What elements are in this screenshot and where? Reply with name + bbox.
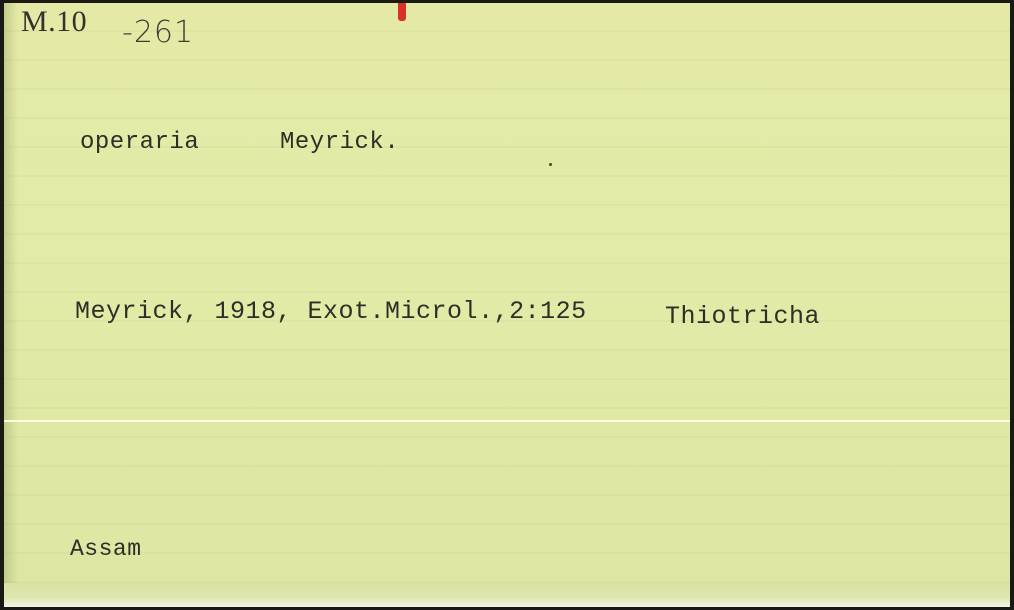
index-card: M.10 -261 operaria Meyrick. Meyrick, 191…	[4, 3, 1010, 607]
catalog-number: -261	[122, 15, 194, 50]
red-tab-marker	[398, 3, 406, 21]
ink-dot	[549, 163, 552, 166]
card-bottom-edge	[4, 583, 1010, 607]
card-crease	[4, 420, 1010, 422]
genus-name: Thiotricha	[665, 302, 820, 331]
species-author: Meyrick.	[280, 129, 399, 156]
species-name: operaria	[80, 129, 199, 156]
catalog-prefix: M.10	[21, 5, 87, 39]
locality: Assam	[70, 536, 142, 562]
citation: Meyrick, 1918, Exot.Microl.,2:125	[75, 297, 587, 326]
